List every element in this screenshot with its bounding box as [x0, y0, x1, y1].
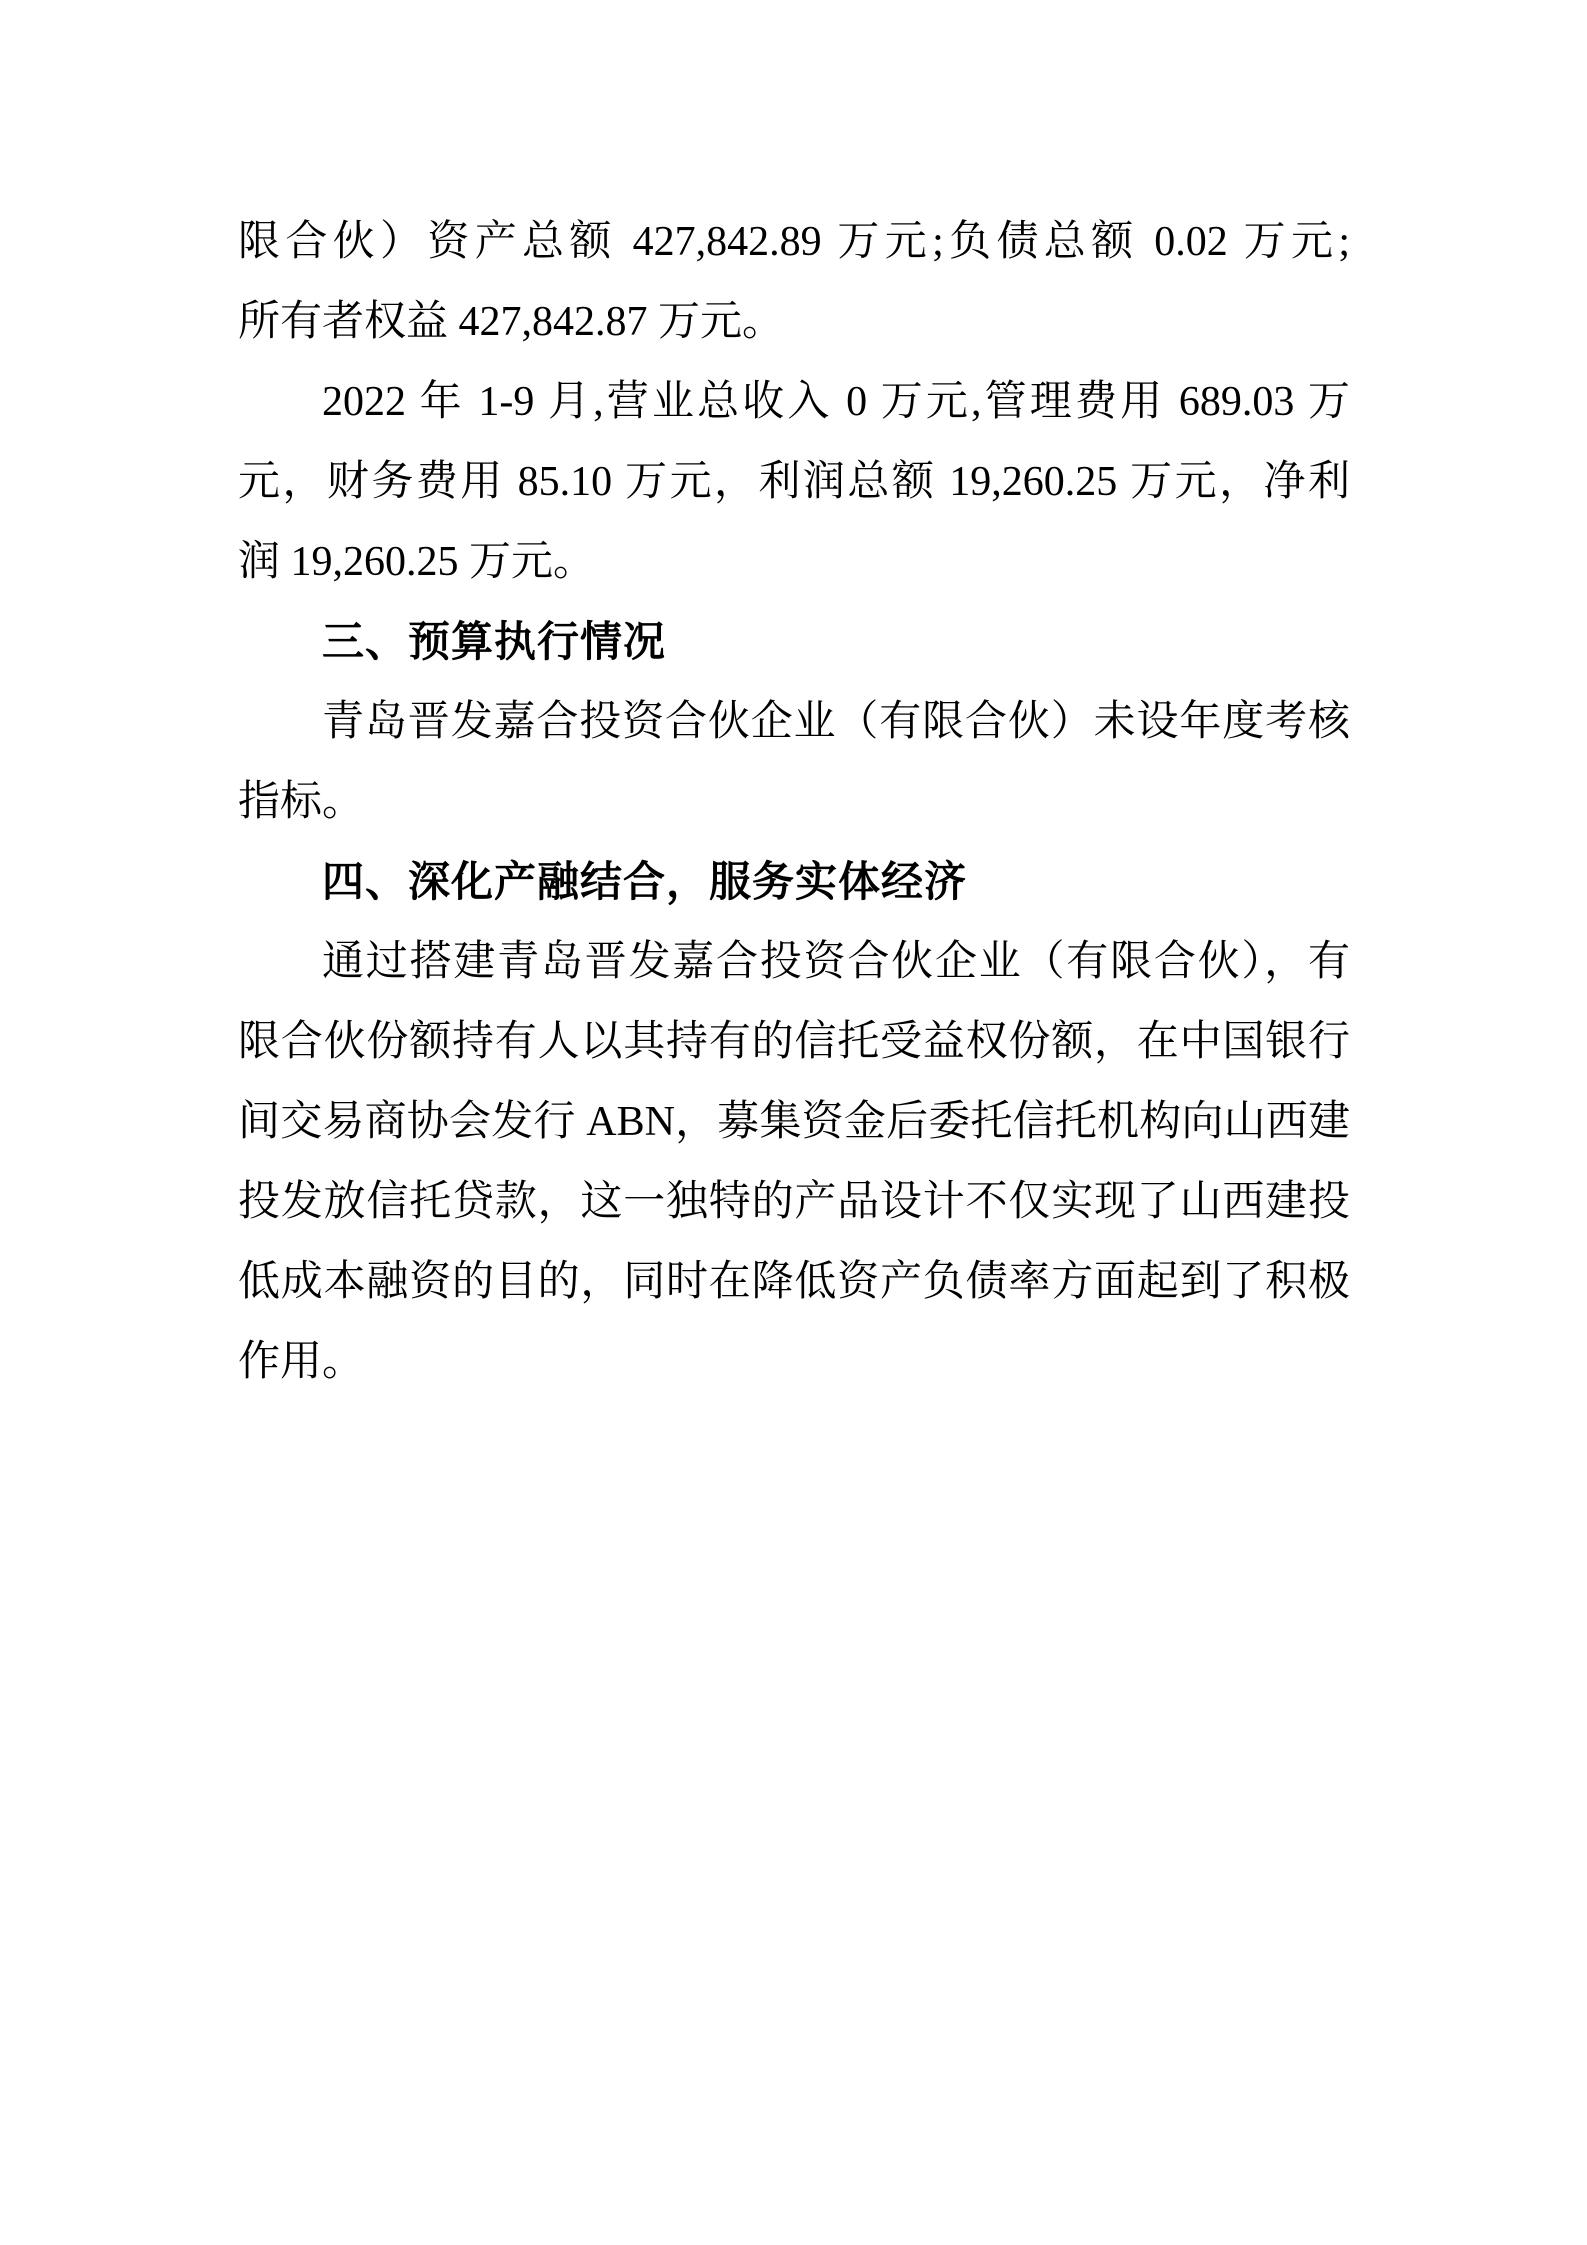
- paragraph-line: 间交易商协会发行 ABN，募集资金后委托信托机构向山西建: [238, 1082, 1350, 1162]
- paragraph-line: 限合伙）资产总额 427,842.89 万元;负债总额 0.02 万元;: [238, 202, 1350, 282]
- paragraph-line: 指标。: [238, 762, 1350, 842]
- paragraph-line: 2022 年 1-9 月,营业总收入 0 万元,管理费用 689.03 万: [238, 362, 1350, 442]
- document-body: 限合伙）资产总额 427,842.89 万元;负债总额 0.02 万元; 所有者…: [238, 202, 1350, 1402]
- paragraph-line: 投发放信托贷款，这一独特的产品设计不仅实现了山西建投: [238, 1162, 1350, 1242]
- section-heading: 四、深化产融结合，服务实体经济: [238, 842, 1350, 922]
- paragraph-line: 所有者权益 427,842.87 万元。: [238, 282, 1350, 362]
- paragraph-line: 润 19,260.25 万元。: [238, 522, 1350, 602]
- paragraph-line: 低成本融资的目的，同时在降低资产负债率方面起到了积极: [238, 1242, 1350, 1322]
- paragraph-line: 限合伙份额持有人以其持有的信托受益权份额，在中国银行: [238, 1002, 1350, 1082]
- paragraph-line: 元，财务费用 85.10 万元，利润总额 19,260.25 万元，净利: [238, 442, 1350, 522]
- paragraph-line: 作用。: [238, 1322, 1350, 1402]
- paragraph-line: 通过搭建青岛晋发嘉合投资合伙企业（有限合伙），有: [238, 922, 1350, 1002]
- document-page: 限合伙）资产总额 427,842.89 万元;负债总额 0.02 万元; 所有者…: [0, 0, 1587, 2245]
- section-heading: 三、预算执行情况: [238, 602, 1350, 682]
- paragraph-line: 青岛晋发嘉合投资合伙企业（有限合伙）未设年度考核: [238, 682, 1350, 762]
